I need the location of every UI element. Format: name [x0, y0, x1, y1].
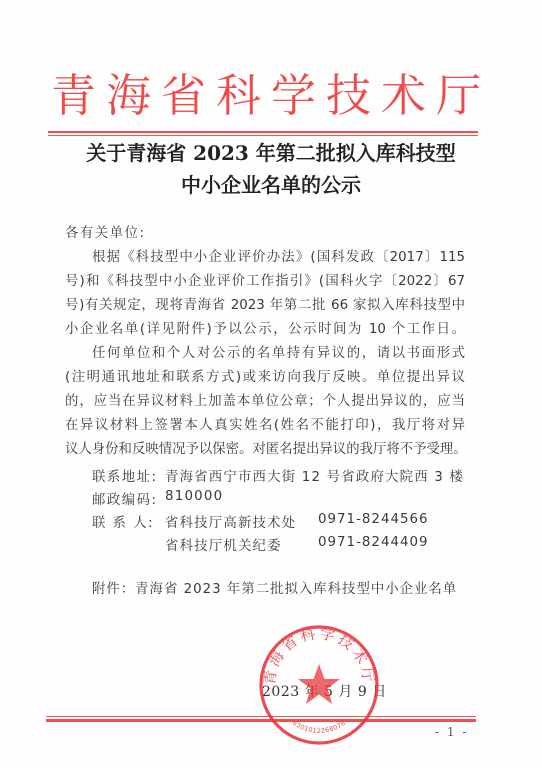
header-rule-thick: [48, 131, 478, 133]
address-label: 联系地址:: [92, 466, 158, 485]
paragraph-1-line-2: 号)和《科技型中小企业评价工作指引》(国科火字〔2022〕67: [65, 274, 465, 290]
contact-dept-1: 省科技厅高新技术处: [165, 512, 296, 531]
masthead-title: 青海省科学技术厅: [0, 68, 542, 124]
address-value: 青海省西宁市西大街 12 号省政府大院西 3 楼: [165, 466, 464, 485]
paragraph-2-line-3: 的，应当在异议材料上加盖本单位公章；个人提出异议的，应当: [65, 394, 465, 410]
document-title-line-1: 关于青海省 2023 年第二批拟入库科技型: [0, 139, 542, 167]
document-title-line-2: 中小企业名单的公示: [0, 171, 542, 199]
paragraph-2-line-2: (注明通讯地址和联系方式)或来访向我厅反映。单位提出异议: [65, 370, 465, 386]
paragraph-1-line-3: 号)有关规定，现将青海省 2023 年第二批 66 家拟入库科技型中: [65, 298, 465, 314]
paragraph-1-line-1: 根据《科技型中小企业评价办法》(国科发政〔2017〕115: [92, 250, 465, 266]
svg-text:6301012268078: 6301012268078: [291, 719, 347, 735]
document-page: 青海省科学技术厅 关于青海省 2023 年第二批拟入库科技型 中小企业名单的公示…: [0, 0, 542, 768]
paragraph-2-line-1: 任何单位和个人对公示的名单持有异议的，请以书面形式: [92, 346, 465, 362]
contact-dept-2: 省科技厅机关纪委: [165, 535, 282, 554]
contact-person-label: 联 系 人:: [92, 512, 154, 531]
paragraph-2-line-4: 在异议材料上签署本人真实姓名(姓名不能打印)，我厅将对异: [65, 418, 465, 434]
header-rule-thin: [48, 135, 478, 136]
contact-phone-1: 0971-8244566: [318, 512, 429, 527]
seal-star-icon: [298, 664, 340, 704]
official-seal-icon: 青海省科学技术厅 6301012268078: [256, 622, 382, 748]
postcode-label: 邮政编码:: [92, 489, 158, 508]
paragraph-2-line-5: 议人身份和反映情况予以保密。对匿名提出异议的我厅将不予受理。: [65, 442, 465, 458]
page-number: - 1 -: [435, 725, 468, 739]
paragraph-1-line-4: 小企业名单(详见附件)予以公示，公示时间为 10 个工作日。: [65, 322, 465, 338]
contact-phone-2: 0971-8244409: [318, 535, 429, 550]
salutation: 各有关单位:: [65, 226, 465, 242]
postcode-value: 810000: [165, 489, 223, 504]
attachment-note: 附件：青海省 2023 年第二批拟入库科技型中小企业名单: [92, 582, 492, 598]
